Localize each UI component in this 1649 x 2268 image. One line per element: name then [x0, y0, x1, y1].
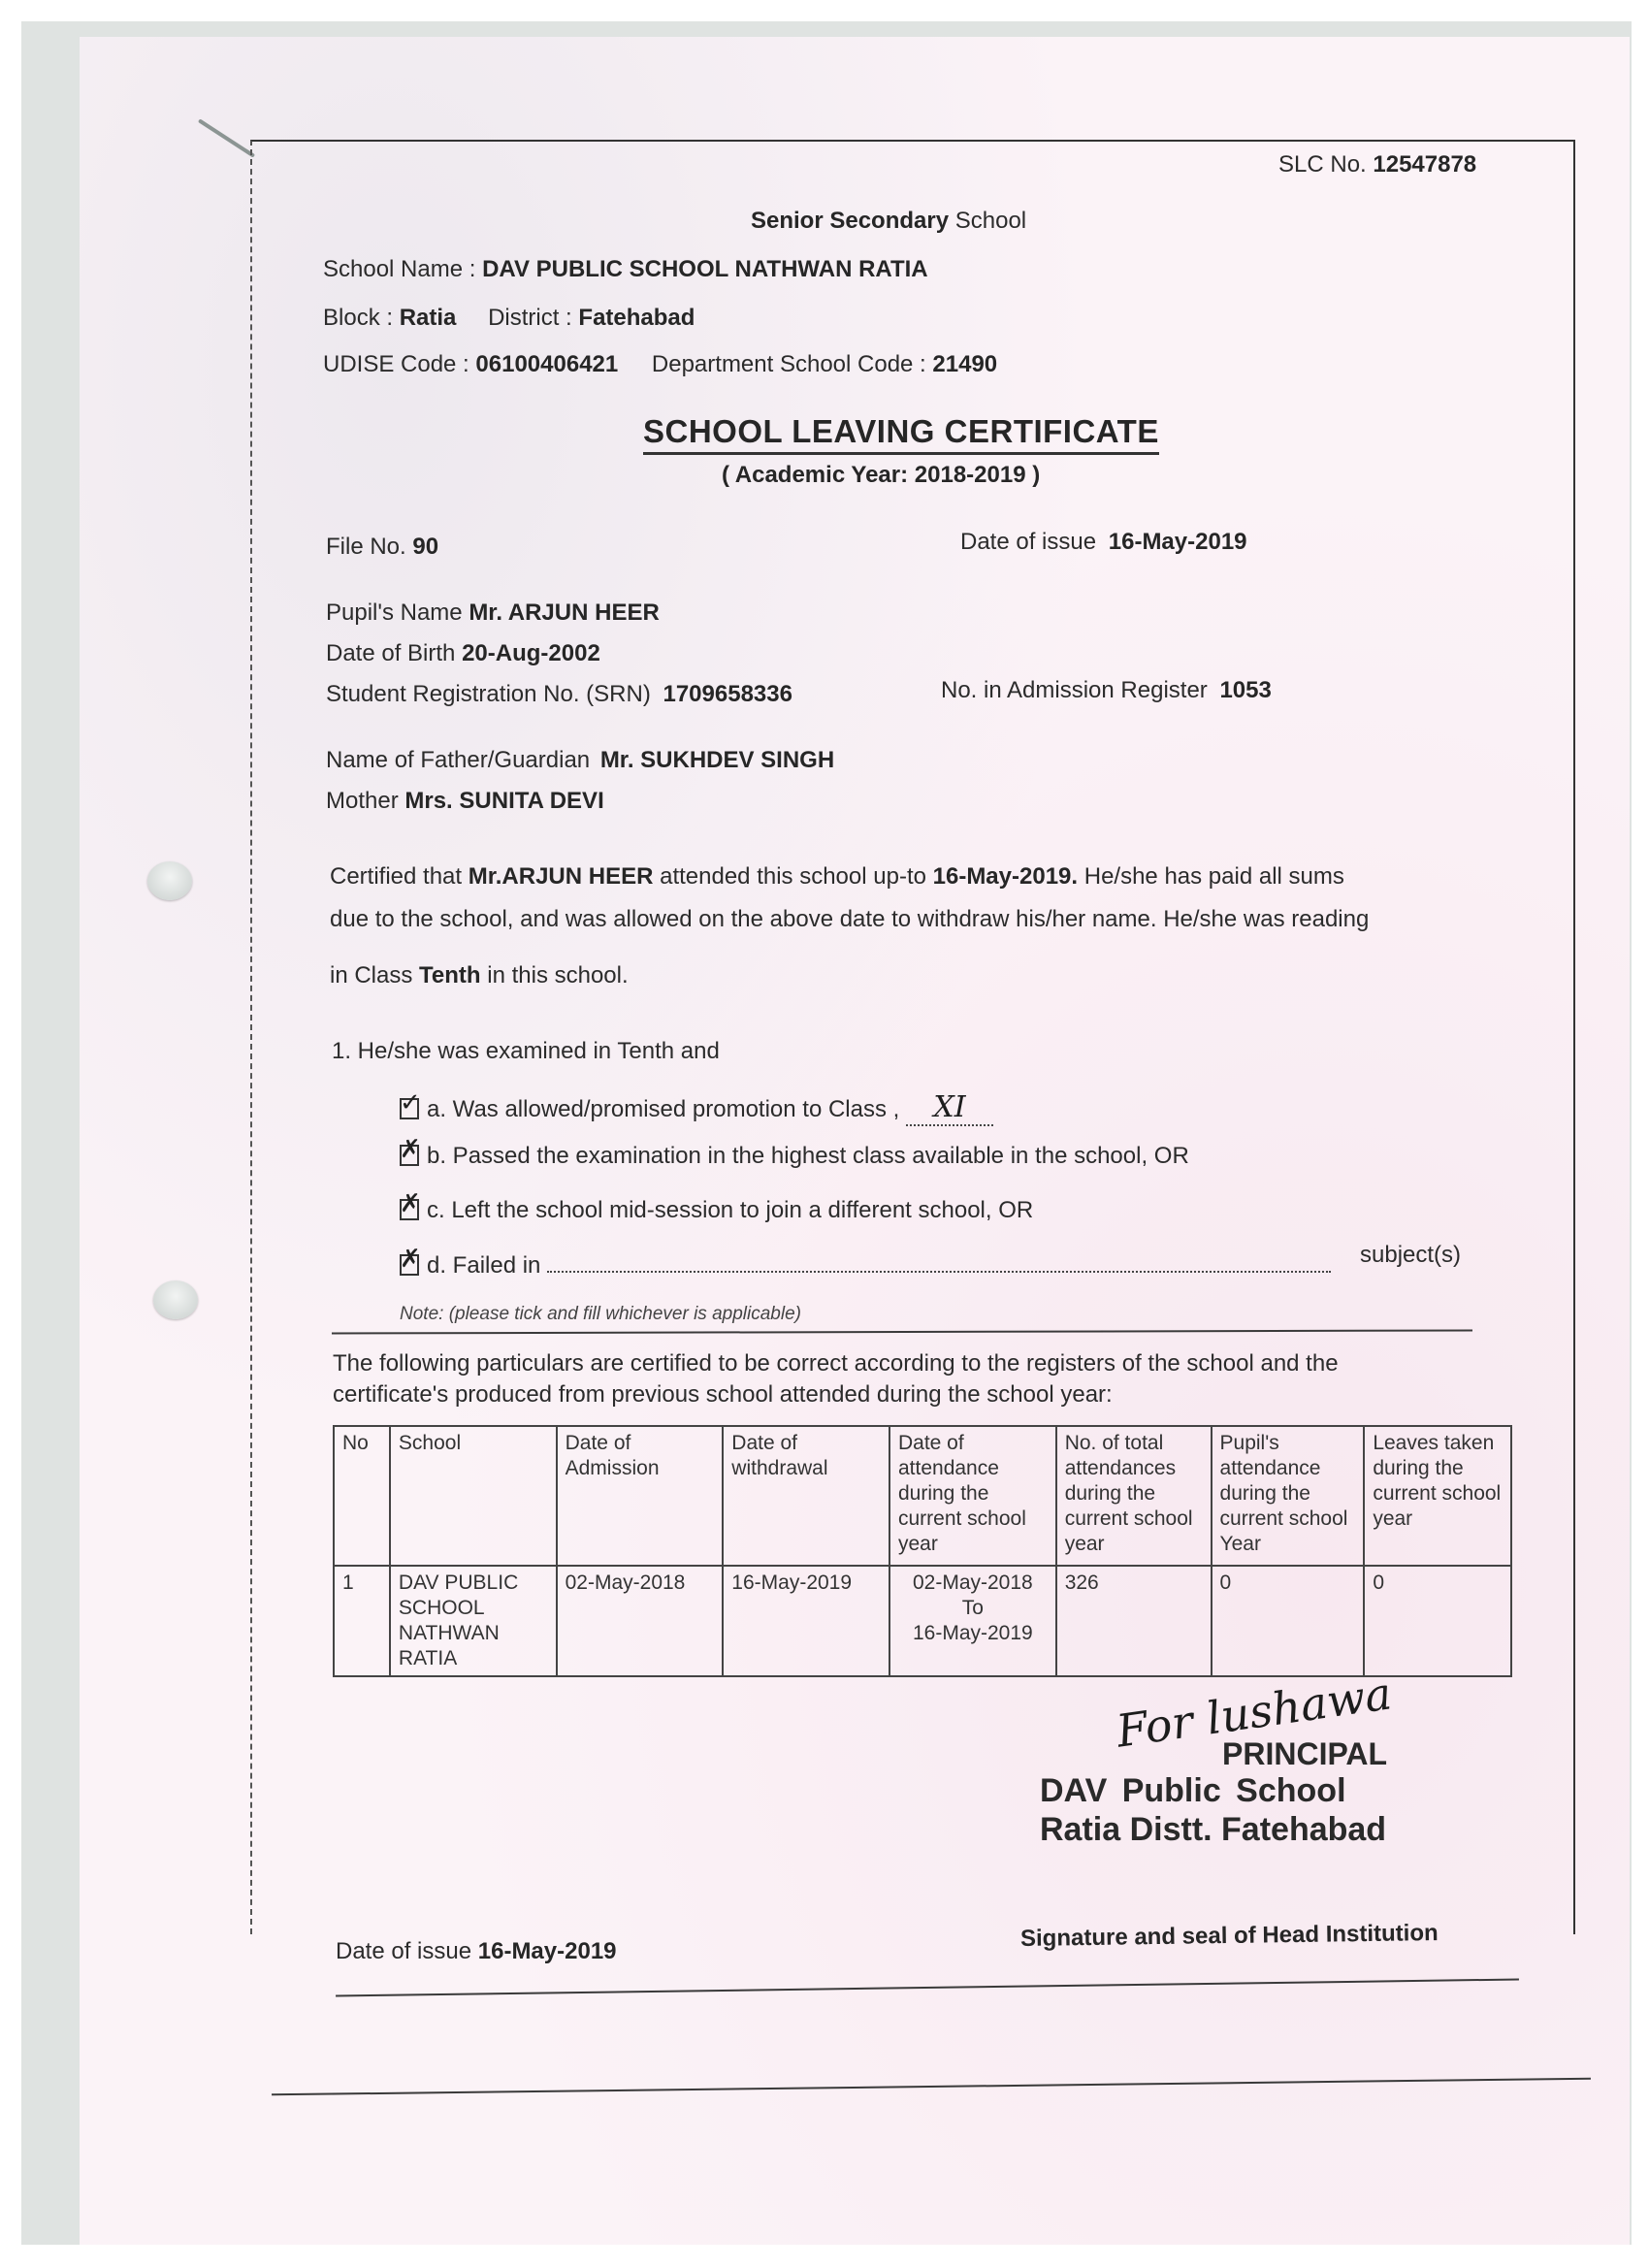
note-text: Note: (please tick and fill whichever is… [400, 1304, 801, 1325]
certification-line-1: Certified that Mr.ARJUN HEER attended th… [330, 863, 1344, 891]
cell-admission: 02-May-2018 [557, 1566, 724, 1676]
page-title: SCHOOL LEAVING CERTIFICATE [643, 413, 1159, 455]
cell-pupil-attendance: 0 [1212, 1566, 1365, 1676]
slc-value: 12547878 [1373, 151, 1476, 178]
checkbox-option-a[interactable]: ✓ [400, 1098, 419, 1119]
academic-year-value: 2018-2019 [915, 462, 1026, 488]
stamp-principal: PRINCIPAL [1222, 1734, 1387, 1773]
cert-date: 16-May-2019. [933, 863, 1078, 890]
table-header-row: No School Date of Admission Date of with… [334, 1426, 1511, 1566]
slc-number: SLC No. 12547878 [1278, 151, 1476, 178]
mother-value: Mrs. SUNITA DEVI [404, 788, 603, 814]
checkbox-option-d[interactable]: ✗ [400, 1254, 419, 1276]
academic-year-prefix: ( Academic Year: [722, 462, 908, 488]
certification-line-3: in Class Tenth in this school. [330, 962, 629, 989]
file-no-value: 90 [412, 534, 438, 560]
checkbox-option-c[interactable]: ✗ [400, 1199, 419, 1220]
date-of-issue-top: Date of issue 16-May-2019 [960, 529, 1247, 556]
table-row: 1 DAV PUBLIC SCHOOL NATHWAN RATIA 02-May… [334, 1566, 1511, 1676]
block-district-line: Block : Ratia District : Fatehabad [323, 305, 695, 332]
district-label: District : [488, 305, 572, 331]
date-of-issue-value: 16-May-2019 [1109, 529, 1247, 555]
father-name: Name of Father/Guardian Mr. SUKHDEV SING… [326, 747, 834, 774]
dob-value: 20-Aug-2002 [462, 640, 600, 666]
tick-icon: ✓ [400, 1090, 421, 1116]
footer-date-label: Date of issue [336, 1938, 471, 1964]
column-header: No. of total attendances during the curr… [1056, 1426, 1212, 1566]
certification-line-2: due to the school, and was allowed on th… [330, 906, 1369, 933]
father-label: Name of Father/Guardian [326, 747, 590, 773]
attendance-to: 16-May-2019 [898, 1621, 1048, 1646]
option-b: ✗b. Passed the examination in the highes… [400, 1143, 1189, 1170]
punch-hole-top [147, 861, 192, 900]
stamp-location: Ratia Distt. Fatehabad [1040, 1810, 1386, 1849]
examination-intro: 1. He/she was examined in Tenth and [332, 1038, 720, 1065]
particulars-intro-1: The following particulars are certified … [333, 1350, 1339, 1377]
block-label: Block : [323, 305, 393, 331]
column-header: No [334, 1426, 390, 1566]
mother-label: Mother [326, 788, 399, 814]
academic-year-suffix: ) [1032, 462, 1040, 488]
admission-no-value: 1053 [1219, 677, 1271, 703]
cross-icon: ✗ [400, 1137, 421, 1162]
option-c-label: c. Left the school mid-session to join a… [427, 1197, 1033, 1223]
footer-date-value: 16-May-2019 [478, 1938, 617, 1964]
cert-text: in Class [330, 962, 419, 988]
udise-value: 06100406421 [475, 351, 618, 377]
subjects-suffix: subject(s) [1360, 1242, 1461, 1269]
school-type: Senior Secondary School [751, 208, 1026, 235]
file-number: File No. 90 [326, 534, 438, 561]
attendance-table: No School Date of Admission Date of with… [333, 1425, 1512, 1677]
slc-label: SLC No. [1278, 151, 1367, 178]
school-name-line: School Name : DAV PUBLIC SCHOOL NATHWAN … [323, 256, 928, 283]
udise-label: UDISE Code : [323, 351, 469, 377]
attendance-from: 02-May-2018 [898, 1571, 1048, 1596]
school-type-rest: School [955, 208, 1026, 234]
column-header: Leaves taken during the current school y… [1364, 1426, 1511, 1566]
academic-year: ( Academic Year: 2018-2019 ) [722, 462, 1040, 489]
column-header: School [390, 1426, 557, 1566]
punch-hole-bottom [153, 1280, 198, 1319]
option-d-label: d. Failed in [427, 1252, 540, 1279]
admission-register: No. in Admission Register 1053 [941, 677, 1272, 704]
school-name-value: DAV PUBLIC SCHOOL NATHWAN RATIA [482, 256, 928, 282]
srn-line: Student Registration No. (SRN) 170965833… [326, 681, 792, 708]
pupil-name-label: Pupil's Name [326, 599, 463, 626]
father-value: Mr. SUKHDEV SINGH [600, 747, 834, 773]
column-header: Date of Admission [557, 1426, 724, 1566]
dept-code-label: Department School Code : [652, 351, 926, 377]
cell-total-attendances: 326 [1056, 1566, 1212, 1676]
file-no-label: File No. [326, 534, 406, 560]
attendance-to-word: To [898, 1596, 1048, 1621]
particulars-intro-2: certificate's produced from previous sch… [333, 1381, 1113, 1409]
promotion-class-field[interactable]: XI [906, 1090, 993, 1126]
cross-icon: ✗ [400, 1191, 421, 1216]
pupil-name: Pupil's Name Mr. ARJUN HEER [326, 599, 660, 627]
cert-text: attended this school up-to [653, 863, 932, 890]
codes-line: UDISE Code : 06100406421 Department Scho… [323, 351, 997, 378]
cert-pupil-name: Mr.ARJUN HEER [469, 863, 654, 890]
cert-class: Tenth [419, 962, 481, 988]
cross-icon: ✗ [400, 1247, 421, 1272]
column-header: Date of withdrawal [723, 1426, 889, 1566]
failed-subjects-field[interactable] [547, 1251, 1331, 1273]
footer-date-of-issue: Date of issue 16-May-2019 [336, 1938, 617, 1965]
option-b-label: b. Passed the examination in the highest… [427, 1143, 1189, 1169]
cell-attendance-period: 02-May-2018 To 16-May-2019 [889, 1566, 1056, 1676]
cert-text: in this school. [481, 962, 629, 988]
option-a-label: a. Was allowed/promised promotion to Cla… [427, 1096, 899, 1122]
option-d: ✗d. Failed in [400, 1251, 1331, 1280]
dob-label: Date of Birth [326, 640, 455, 666]
cell-leaves: 0 [1364, 1566, 1511, 1676]
srn-label: Student Registration No. (SRN) [326, 681, 651, 707]
cell-school: DAV PUBLIC SCHOOL NATHWAN RATIA [390, 1566, 557, 1676]
column-header: Pupil's attendance during the current sc… [1212, 1426, 1365, 1566]
option-c: ✗c. Left the school mid-session to join … [400, 1197, 1033, 1224]
dept-code-value: 21490 [932, 351, 997, 377]
checkbox-option-b[interactable]: ✗ [400, 1145, 419, 1166]
pupil-name-value: Mr. ARJUN HEER [469, 599, 659, 626]
district-value: Fatehabad [578, 305, 695, 331]
cert-text: Certified that [330, 863, 469, 890]
date-of-birth: Date of Birth 20-Aug-2002 [326, 640, 600, 667]
cell-no: 1 [334, 1566, 390, 1676]
column-header: Date of attendance during the current sc… [889, 1426, 1056, 1566]
cell-withdrawal: 16-May-2019 [723, 1566, 889, 1676]
signature-label: Signature and seal of Head Institution [1020, 1920, 1439, 1953]
block-value: Ratia [400, 305, 457, 331]
srn-value: 1709658336 [663, 681, 792, 707]
mother-name: Mother Mrs. SUNITA DEVI [326, 788, 604, 815]
stamp-school: DAV Public School [1040, 1771, 1346, 1810]
admission-no-label: No. in Admission Register [941, 677, 1208, 703]
school-name-label: School Name : [323, 256, 475, 282]
date-of-issue-label: Date of issue [960, 529, 1096, 555]
cert-text: He/she has paid all sums [1078, 863, 1344, 890]
school-type-bold: Senior Secondary [751, 208, 949, 234]
option-a: ✓a. Was allowed/promised promotion to Cl… [400, 1090, 993, 1126]
